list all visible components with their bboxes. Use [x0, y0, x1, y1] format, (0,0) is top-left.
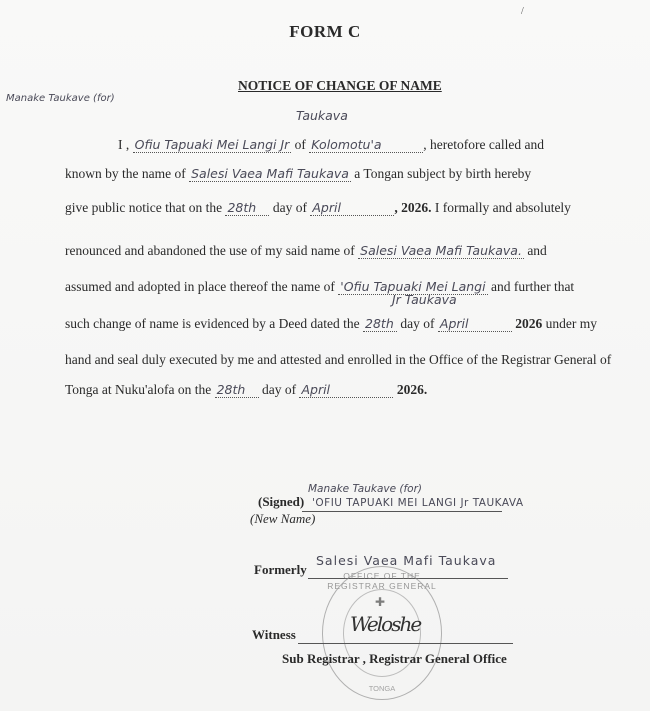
deed-day-field: 28th	[363, 316, 397, 332]
deed-month-field: April	[438, 316, 512, 332]
former-name-field: Salesi Vaea Mafi Taukava	[189, 166, 351, 182]
seal-text-top: OFFICE OF THE REGISTRAR GENERAL	[323, 571, 441, 591]
document-page: / FORM C NOTICE OF CHANGE OF NAME Manake…	[0, 0, 650, 711]
margin-note: Manake Taukave (for)	[6, 93, 115, 104]
paragraph-line-7: hand and seal duly executed by me and at…	[65, 352, 611, 368]
signed-note: Manake Taukave (for)	[308, 483, 422, 495]
formerly-label: Formerly	[254, 562, 307, 578]
paragraph-line-4: renounced and abandoned the use of my sa…	[65, 243, 547, 259]
form-title: FORM C	[0, 22, 650, 42]
signed-label: (Signed)	[258, 494, 304, 510]
signed-line	[302, 511, 502, 512]
paragraph-line-5: assumed and adopted in place thereof the…	[65, 279, 574, 295]
paragraph-line-1: I , Ofiu Tapuaki Mei Langi Jr of Kolomot…	[118, 137, 544, 153]
new-name-surname-above: Taukava	[296, 108, 348, 123]
paragraph-line-6: such change of name is evidenced by a De…	[65, 316, 597, 332]
paragraph-line-3: give public notice that on the 28th day …	[65, 200, 571, 216]
notice-day-field: 28th	[225, 200, 269, 216]
witness-label: Witness	[252, 627, 296, 643]
enrol-month-field: April	[299, 382, 393, 398]
new-name-label: (New Name)	[250, 511, 315, 527]
seal-text-bottom: TONGA	[323, 684, 441, 693]
signed-value: 'OFIU TAPUAKI MEI LANGI Jr TAUKAVA	[312, 497, 524, 509]
witness-signature: Weloshe	[350, 612, 420, 636]
notice-month-field: April	[310, 200, 394, 216]
place-field: Kolomotu'a	[309, 137, 423, 153]
renounced-name-field: Salesi Vaea Mafi Taukava.	[358, 243, 524, 259]
notice-title: NOTICE OF CHANGE OF NAME	[238, 78, 442, 94]
witness-title: Sub Registrar , Registrar General Office	[282, 651, 507, 667]
paragraph-line-8: Tonga at Nuku'alofa on the 28th day of A…	[65, 382, 427, 398]
witness-line	[298, 643, 513, 644]
scan-mark: /	[521, 6, 524, 17]
adopted-name-below: Jr Taukava	[392, 292, 457, 307]
cross-icon: ✚	[375, 595, 385, 610]
new-name-field: Ofiu Tapuaki Mei Langi Jr	[133, 137, 292, 153]
paragraph-line-2: known by the name of Salesi Vaea Mafi Ta…	[65, 166, 531, 182]
enrol-day-field: 28th	[215, 382, 259, 398]
formerly-value: Salesi Vaea Mafi Taukava	[316, 553, 496, 568]
